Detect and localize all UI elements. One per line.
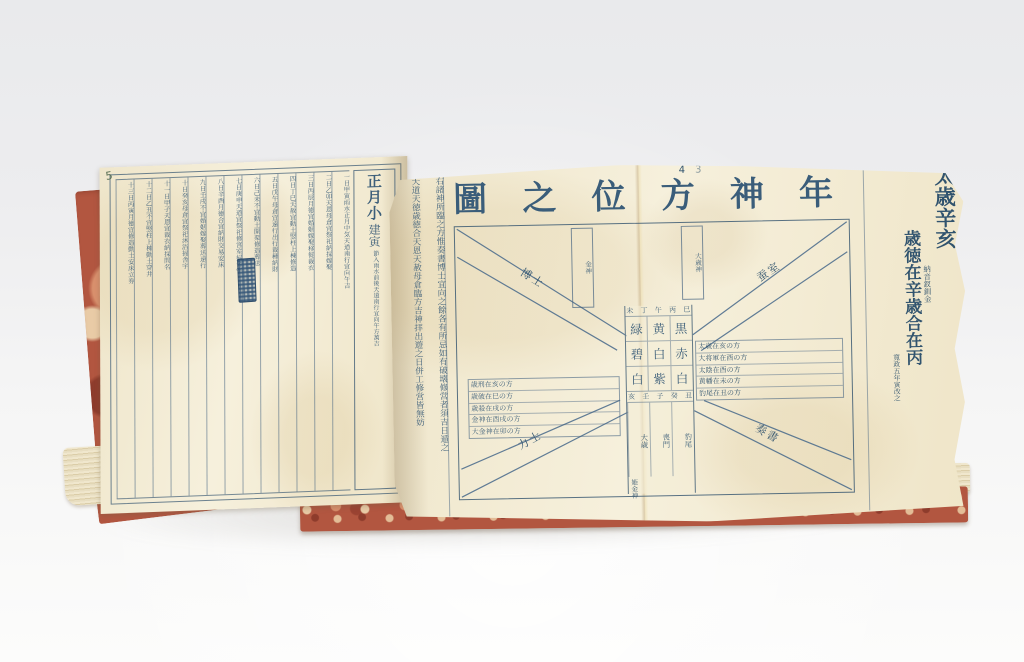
deity-cell: 大歳 — [627, 403, 650, 477]
deity-rows-right: 太歳在亥の方 大将軍在酉の方 太陰在酉の方 黄幡在未の方 豹尾在丑の方 — [695, 338, 844, 401]
stem-branch-char: 丙 — [669, 305, 676, 315]
nine-star-grid: 黒 赤 白 黄 白 紫 緑 碧 白 — [625, 316, 692, 392]
calendar-column: 三日丙辰月徳宜婚姻嫁娶移徙裁衣 — [295, 173, 314, 492]
calendar-grid: 一日甲寅雨水正月中気天道南行宜向午吉 二日乙卯天恩母倉宜祭祀納採嫁娶 三日丙辰月… — [116, 168, 397, 499]
band-handwritten-note: 姫金神 — [629, 477, 639, 499]
stem-branch-char: 未 — [626, 306, 633, 316]
stem-branch-char: 壬 — [642, 392, 649, 402]
star-cell: 黄 — [648, 316, 670, 341]
title-char: 年 — [799, 165, 834, 215]
star-cell: 黒 — [670, 316, 692, 341]
page-number-left: 5 — [105, 169, 114, 183]
photo-scene: 5 一日甲寅雨水正月中気天道南行宜向午吉 二日乙卯天恩母倉宜祭祀納採嫁娶 三日丙… — [0, 0, 1024, 662]
star-cell: 白 — [626, 367, 648, 391]
colophon-note: 寛政五年寅改之 — [891, 354, 904, 510]
calendar-column: 一日甲寅雨水正月中気天道南行宜向午吉 — [331, 171, 350, 490]
title-char: 方 — [660, 168, 695, 218]
title-char: 位 — [591, 169, 626, 219]
grid-column: 黄 白 紫 — [647, 316, 671, 390]
stem-branch-char: 丁 — [641, 306, 648, 316]
deity-cell: 豹尾 — [671, 402, 694, 476]
stem-branch-char: 午 — [655, 305, 662, 315]
right-margin-annotations: 太歳辛亥 納音釵釧金 歳徳在辛歳合在丙 寛政五年寅改之 — [863, 165, 962, 511]
calendar-column: 二日乙卯天恩母倉宜祭祀納採嫁娶 — [313, 172, 332, 491]
deity-row: 大金神在卯の方 — [470, 424, 620, 438]
month-stem: 建寅 — [366, 223, 383, 248]
deity-cell: 大歳神 — [681, 226, 704, 300]
title-char: 之 — [522, 170, 557, 220]
star-cell: 緑 — [626, 317, 648, 342]
calendar-column: 五日戊午母倉宜遠行出行裁種納財 — [259, 174, 278, 493]
calendar-columns: 一日甲寅雨水正月中気天道南行宜向午吉 二日乙卯天恩母倉宜祭祀納採嫁娶 三日丙辰月… — [116, 170, 351, 499]
grid-column: 黒 赤 白 — [669, 316, 693, 390]
star-cell: 赤 — [671, 341, 693, 366]
deity-rows-left: 歳刑在亥の方 歳破在巳の方 歳殺在戌の方 金神在酉戌の方 大金神在卯の方 — [468, 376, 621, 439]
title-char: 圖 — [453, 172, 488, 222]
calendar-column: 九日壬戌不宜婚姻嫁娶葬送遠行 — [187, 177, 206, 496]
etoku-direction-label: 歳徳在辛歳合在丙 — [900, 229, 924, 509]
taisai-year-label: 太歳辛亥 — [933, 165, 962, 509]
stem-branch-char: 癸 — [671, 391, 678, 401]
calendar-column: 八日辛酉月徳合宜納財交易安床 — [205, 176, 224, 495]
calendar-column: 七日庚申天道宜祭祀修宮室掃舎宇 — [223, 175, 242, 494]
commentary-column: 右諸神所臨之方惟奏書博士宜向之餘各有所忌如有破壊修営者須吉日遁之 — [419, 177, 450, 517]
stem-branch-char: 亥 — [628, 392, 635, 402]
collector-seal-stamp — [237, 258, 257, 303]
diagram-title: 圖 之 位 方 神 年 — [453, 165, 834, 222]
deity-cell: 金神 — [571, 228, 595, 308]
left-page-calendar: 5 一日甲寅雨水正月中気天道南行宜向午吉 二日乙卯天恩母倉宜祭祀納採嫁娶 三日丙… — [100, 156, 409, 514]
calendar-column: 十二日乙丑不宜竪柱上棟動土穿井 — [134, 179, 153, 498]
star-cell: 白 — [648, 341, 670, 366]
star-cell: 紫 — [649, 366, 671, 390]
calendar-column: 十日癸亥母倉宜祭祀沐浴掃舎宇 — [170, 177, 189, 496]
month-title: 正月小 — [364, 173, 385, 222]
grid-column: 緑 碧 白 — [626, 317, 649, 391]
title-char: 神 — [729, 166, 764, 216]
stem-branch-char: 子 — [656, 391, 663, 401]
stem-branch-char: 巳 — [683, 305, 690, 315]
calendar-column: 十三日丙寅月徳宜修造動土安床立券 — [116, 180, 135, 499]
band-bottom-cells: 豹尾 喪門 大歳 — [627, 402, 694, 477]
star-cell: 白 — [671, 366, 693, 390]
stem-branch-char: 丑 — [685, 391, 692, 401]
deity-cell: 喪門 — [649, 402, 672, 476]
central-nine-star-band: 巳 丙 午 丁 未 黒 赤 白 黄 白 紫 — [624, 305, 696, 494]
direction-diagram-square: 博士 蚕室 力士 奏書 金神 大歳神 歳刑在亥の方 歳破在巳の方 歳殺在戌の方 … — [454, 219, 855, 501]
star-cell: 碧 — [626, 342, 648, 367]
commentary-block: 右諸神所臨之方惟奏書博士宜向之餘各有所忌如有破壊修営者須吉日遁之 天道天徳歳徳合… — [395, 176, 451, 517]
calendar-column: 十一日甲子天恩宜裁衣納採問名 — [152, 178, 171, 497]
calendar-column: 四日丁巳天赦宜動土竪柱上棟修造 — [277, 173, 296, 492]
deity-row: 豹尾在丑の方 — [697, 386, 843, 400]
calendar-column: 六日己未不宜動土開渠修造葬送 — [241, 175, 260, 494]
month-note: 節入雨水前後天道南行宜向午方萬吉 — [371, 250, 378, 346]
right-page-diagram: 4 3 圖 之 位 方 神 年 右諸神所臨之方惟奏書博士宜向之餘各有所忌如有破壊… — [389, 159, 970, 528]
